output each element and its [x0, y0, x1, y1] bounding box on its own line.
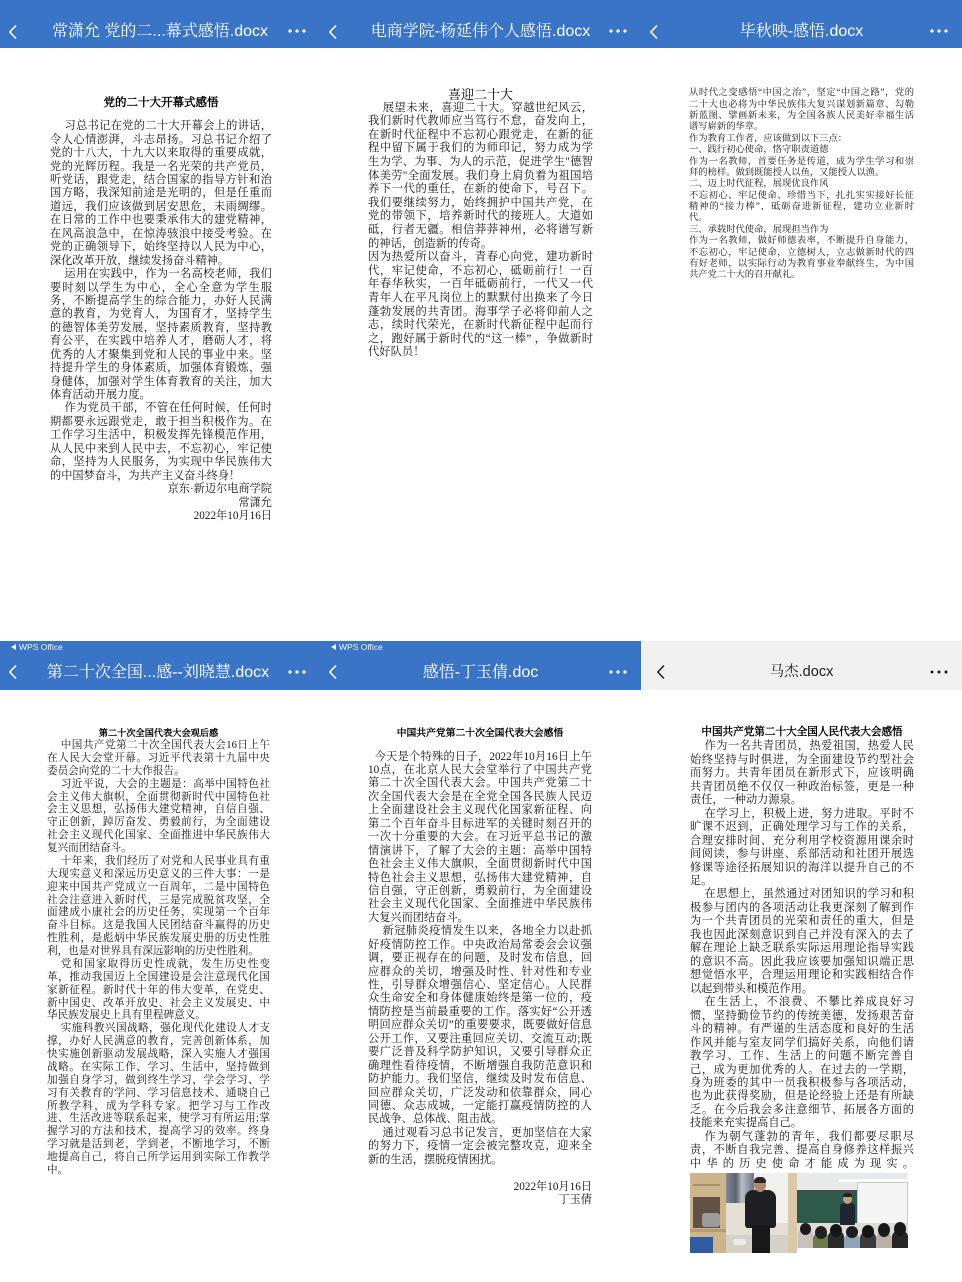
- photo-teacher-body: [840, 1203, 855, 1225]
- document-body: 展望未来，喜迎二十大。穿越世纪风云，我们新时代教师应当笃行不怠，奋发向上，在新时…: [368, 102, 593, 360]
- text-line: 在学习上，积极上进，努力进取。平时不: [690, 808, 914, 821]
- text-line: 会主义思想，弘扬伟大建党精神，自信自强、: [47, 804, 270, 817]
- paragraph: 二、迈上时代征程，展现优良作风: [689, 179, 914, 190]
- paragraph: 不忘初心、牢记使命、珍惜当下，扎扎实实接好长征精神的“接力棒”，砥砺奋进新征程，…: [689, 191, 914, 225]
- photo-dorm-room: [690, 1173, 797, 1253]
- document-page: 中国共产党第二十大全国人民代表大会感悟 作为一名共青团员，热爱祖国，热爱人民始终…: [690, 641, 914, 1282]
- text-line: 程中留下属于我们的为师印记，努力成为学: [368, 142, 593, 156]
- text-line: 斗的精神。有严谨的生活态度和良好的生活: [690, 1023, 914, 1036]
- photo-student-head: [846, 1226, 858, 1238]
- photo-shelf-items: [702, 1213, 720, 1227]
- text-line: 在风高浪急中，在惊涛骇浪中接受考验。在: [50, 228, 272, 241]
- text-line: 生为学、为事、为人的示范，促进学生"德智: [368, 156, 593, 170]
- text-line: 极参与团内的各项活动让我更深刻了解到作: [690, 902, 914, 915]
- text-line: 面建成小康社会的历史任务，实现第一个百年: [47, 907, 270, 920]
- text-line: 从时代之变感悟“中国之治”，坚定“中国之路”，党的: [689, 88, 914, 99]
- text-line: 在新时代征程中不忘初心跟党走，在新的征: [368, 129, 593, 143]
- document-page: 从时代之变感悟“中国之治”，坚定“中国之路”，党的二十大也必将为中华民族伟大复兴…: [689, 0, 914, 641]
- text-line: 地提高自己，将自己所学运用到实际工作教学: [47, 1152, 270, 1165]
- text-line: 因为热爱所以奋斗，青春心向党，建功新时: [368, 251, 593, 265]
- text-line: 利，也是对世界具有深远影响的历史性胜利。: [47, 946, 270, 959]
- text-line: 十年来，我们经历了对党和人民事业具有重: [47, 856, 270, 869]
- text-line: 在日常的工作中也要秉承伟大的建党精神，: [50, 214, 272, 227]
- document-heading: 中国共产党第二十次全国代表大会感悟: [348, 727, 612, 740]
- document-viewer-panel: WPS Office 感悟-丁玉倩.doc 中国共产党第二十次全国代表大会感悟 …: [320, 641, 641, 1282]
- document-viewer-panel: 马杰.docx 中国共产党第二十大全国人民代表大会感悟 作为一名共青团员，热爱祖…: [641, 641, 962, 1282]
- text-line: 责任，一种动力源泉。: [690, 794, 914, 807]
- text-line: 作为一名共青团员，热爱祖国，热爱人民: [690, 740, 914, 753]
- text-line: 青年人在平凡岗位上的默默付出换来了今日: [368, 292, 593, 306]
- text-line: 社会主义现代化国家、全面推进中华民族伟大: [47, 830, 270, 843]
- photo-projector-screen: [857, 1182, 908, 1224]
- text-line: 意的教育，为党育人，为国育才，坚持学生: [50, 308, 272, 321]
- text-line: 战略。在实际工作、学习、生活中，坚持做到: [47, 1062, 270, 1075]
- text-line: 众生命安全和身体健康始终是第一位的，疫: [368, 992, 592, 1005]
- paragraph: 在学习上，积极上进，努力进取。平时不旷课不迟到，正确处理学习与工作的关系，合理安…: [690, 808, 914, 889]
- text-line: 的努力下，疫情一定会被完整攻克，迎来全: [368, 1140, 592, 1153]
- more-horizontal-icon: [288, 29, 306, 33]
- paragraph: 一、践行初心使命，恪守职责道德: [689, 145, 914, 156]
- text-line: 命，坚持为人民服务，为实现中华民族伟大: [50, 456, 272, 469]
- text-line: 中国共产党第二十次全国代表大会16日上午: [47, 740, 270, 753]
- text-line: 作为一名教师，首要任务是传道，成为学生学习和崇: [689, 157, 914, 168]
- text-line: 期都要永远跟党走，敢于担当积极作为。在: [50, 416, 272, 429]
- photo-student-head: [878, 1223, 890, 1237]
- paragraph: 在思想上，虽然通过对团知识的学习和积极参与团内的各项活动让我更深刻了解到作为一个…: [690, 888, 914, 996]
- more-options-button[interactable]: [608, 666, 628, 678]
- signature-block: 2022年10月16日丁玉倩: [368, 1181, 592, 1208]
- text-line: 进、生活改进等联系起来，使学习有所运用;掌: [47, 1113, 270, 1126]
- text-line: 上全面建设社会主义现代化国家新征程、向: [368, 804, 592, 817]
- document-body: 今天是个特殊的日子，2022年10月16日上午10点，在北京人民大会堂举行了中国…: [368, 751, 592, 1208]
- text-line: 明回应群众关切”的重要要求，既要做好信息: [368, 1019, 592, 1032]
- document-body: 从时代之变感悟“中国之治”，坚定“中国之路”，党的二十大也必将为中华民族伟大复兴…: [689, 88, 914, 281]
- photo-person-body: [745, 1190, 776, 1228]
- document-viewer-panel: 电商学院-杨延伟个人感悟.docx 喜迎二十大 展望未来，喜迎二十大。穿越世纪风…: [320, 0, 641, 641]
- text-line: 始终坚持与时俱进，为全面建设节约型社会: [690, 754, 914, 767]
- text-line: 足。: [690, 875, 914, 888]
- text-line: 丁玉倩: [368, 1194, 592, 1207]
- text-line: 作为一名教师，做好师德表率，不断提升自身能力，: [689, 236, 914, 247]
- text-line: 信自强，守正创新，勇毅前行，为全面建设: [368, 885, 592, 898]
- photo-blue-bag: [690, 1237, 713, 1253]
- back-triangle-icon: [11, 644, 16, 650]
- text-line: 第二个百年奋斗目标进军的关键时刻召开的: [368, 818, 592, 831]
- paragraph: 在生活上，不浪费、不攀比养成良好习惯，坚持勤俭节约的传统美德，发扬艰苦奋斗的精神…: [690, 996, 914, 1131]
- text-line: 新的生活，摆脱疫情困扰。: [368, 1154, 592, 1167]
- text-line: 中。: [47, 1165, 270, 1178]
- photo-shelf: [693, 1184, 720, 1186]
- text-line: 新中国史、改革开放史、社会主义发展史、中: [47, 998, 270, 1011]
- text-line: 之，跑好属于新时代的“这一棒” ，争做新时: [368, 333, 593, 347]
- text-line: 民战争、总体战、阻击战。: [368, 1113, 592, 1126]
- more-horizontal-icon: [609, 29, 627, 33]
- text-line: 家新征程。新时代十年的伟大变革，在党史、: [47, 985, 270, 998]
- chevron-left-icon: [328, 665, 337, 679]
- paragraph: 实施科教兴国战略，强化现代化建设人才支撑，办好人民满意的教育，完善创新体系，加快…: [47, 1023, 270, 1178]
- text-line: 责，不断自我完善、提高自身修养这样振兴: [690, 1144, 914, 1157]
- chevron-left-icon: [8, 25, 17, 39]
- paragraph: 三、承载时代使命，展现担当作为: [689, 225, 914, 236]
- text-line: 持提升学生的身体素质，加强体育锻炼，强: [50, 362, 272, 375]
- document-viewer-panel: WPS Office 第二十次全国...感--刘晓慧.docx 第二十次全国代表…: [0, 641, 320, 1282]
- photo-person-legs: [752, 1225, 770, 1253]
- chevron-left-icon: [656, 665, 665, 679]
- text-line: 调，要正视存在的问题，及时发布信息，回: [368, 952, 592, 965]
- signature-block: 京东·新迈尔电商学院常潇允2022年10月16日: [50, 483, 272, 523]
- text-line: 而努力。共青年团员在新形式下，应该明确: [690, 767, 914, 780]
- text-line: 党的正确领导下，始终坚持以人民为中心，: [50, 241, 272, 254]
- paragraph: 从时代之变感悟“中国之治”，坚定“中国之路”，党的二十大也必将为中华民族伟大复兴…: [689, 88, 914, 134]
- text-line: 所教学科，成为学科专家。把学习与工作改: [47, 1101, 270, 1114]
- text-line: 2022年10月16日: [50, 510, 272, 523]
- text-line: 的意识不高。因此我应该要加强知识端正思: [690, 956, 914, 969]
- text-line: 身为班委的其中一员我积极参与各项活动，: [690, 1077, 914, 1090]
- text-line: 代，牢记使命，不忘初心，砥砺前行！一百: [368, 265, 593, 279]
- paragraph: 展望未来，喜迎二十大。穿越世纪风云，我们新时代教师应当笃行不怠，奋发向上，在新时…: [368, 102, 593, 252]
- text-line: 我也因此深刻意识到自己并没有深入的去了: [690, 929, 914, 942]
- photo-shelf: [690, 1229, 726, 1232]
- document-heading: 喜迎二十大: [348, 87, 613, 103]
- text-line: 大现实意义和深远历史意义的三件大事：一是: [47, 869, 270, 882]
- text-line: 想觉悟水平，合理运用理论和实践相结合作: [690, 969, 914, 982]
- text-line: 乏。在今后我会多注意细节、拓展各方面的: [690, 1104, 914, 1117]
- paragraph: 习总书记在党的二十大开幕会上的讲话，令人心情澎湃，斗志昂扬。习总书记介绍了党的十…: [50, 120, 272, 268]
- document-page: 喜迎二十大 展望未来，喜迎二十大。穿越世纪风云，我们新时代教师应当笃行不怠，奋发…: [368, 0, 593, 641]
- text-line: 新蓝图、擘画新未来，为全国各族人民美好幸福生活: [689, 111, 914, 122]
- text-line: 代。: [689, 213, 914, 224]
- text-line: 实施科教兴国战略，强化现代化建设人才支: [47, 1023, 270, 1036]
- text-line: 展望未来，喜迎二十大。穿越世纪风云，: [368, 102, 593, 116]
- paragraph: 作为一名教师，首要任务是传道，成为学生学习和崇拜的榜样。做到既能授人以鱼，又能授…: [689, 157, 914, 180]
- text-line: 二十大也必将为中华民族伟大复兴谋划新篇章、勾勒: [689, 100, 914, 111]
- text-line: 委员会向党的二十大作报告。: [47, 766, 270, 779]
- paragraph: 党和国家取得历史性成就，发生历史性变革，推动我国迈上全国建设是会注意现代化国家新…: [47, 959, 270, 1023]
- more-horizontal-icon: [930, 670, 948, 674]
- photo-shoes: [733, 1239, 746, 1245]
- text-line: 公开工作，又要注重回应关切、交流互动;既: [368, 1033, 592, 1046]
- text-line: 也为此获得奖励，但是论经验上还是有所缺: [690, 1090, 914, 1103]
- document-viewer-panel: 毕秋映-感悟.docx 从时代之变感悟“中国之治”，坚定“中国之路”，党的二十大…: [641, 0, 962, 641]
- text-line: 三、承载时代使命，展现担当作为: [689, 225, 914, 236]
- text-line: 性胜利，是彪炳中华民族发展史册的历史性胜: [47, 933, 270, 946]
- text-line: 旷课不迟到，正确处理学习与工作的关系，: [690, 821, 914, 834]
- more-options-button[interactable]: [287, 25, 307, 37]
- text-line: 修课等途径拓展知识的海洋以提升自己的不: [690, 862, 914, 875]
- photo-classroom: [797, 1173, 908, 1248]
- text-line: 道远，我们应该做到居安思危，未雨绸缪。: [50, 201, 272, 214]
- text-line: 确理性看待疫情，不断增强自我防范意识和: [368, 1060, 592, 1073]
- document-page: 党的二十大开幕式感悟 习总书记在党的二十大开幕会上的讲话，令人心情澎湃，斗志昂扬…: [50, 0, 272, 641]
- back-button[interactable]: [646, 22, 660, 41]
- text-line: 在生活上，不浪费、不攀比养成良好习: [690, 996, 914, 1009]
- document-body: 作为一名共青团员，热爱祖国，热爱人民始终坚持与时俱进，为全面建设节约型社会而努力…: [690, 740, 914, 1171]
- document-page: 中国共产党第二十次全国代表大会感悟 今天是个特殊的日子，2022年10月16日上…: [368, 641, 592, 1282]
- document-heading: 党的二十大开幕式感悟: [30, 96, 292, 110]
- text-line: 的中国梦奋斗，为共产主义奋斗终身！: [50, 470, 272, 483]
- text-line: 身健体，加强对学生体育教育的关注，加大: [50, 376, 272, 389]
- photo-student-head: [815, 1226, 827, 1239]
- more-options-button[interactable]: [608, 25, 628, 37]
- text-line: 的神话，创造新的传奇。: [368, 238, 593, 252]
- more-options-button[interactable]: [929, 25, 949, 37]
- text-line: 性，引导群众增强信心、坚定信心。人民群: [368, 979, 592, 992]
- text-line: 在人民大会堂开幕。习近平代表第十九届中央: [47, 753, 270, 766]
- text-line: 一次十分重要的大会。在习近平总书记的激: [368, 831, 592, 844]
- text-line: 常潇允: [50, 497, 272, 510]
- photo-student-head: [862, 1225, 874, 1238]
- paragraph: 今天是个特殊的日子，2022年10月16日上午10点，在北京人民大会堂举行了中国…: [368, 751, 592, 926]
- more-horizontal-icon: [609, 670, 627, 674]
- text-line: 从人民中来到人民中去，不忘初心，牢记使: [50, 443, 272, 456]
- photo-bed-post: [788, 1173, 797, 1253]
- text-line: 合理安排时间、充分利用学校资源用课余时: [690, 835, 914, 848]
- text-line: 第二十次全国代表大会。中国共产党第二十: [368, 777, 592, 790]
- text-line: 防护能力。我们坚信，继续及时发布信息、: [368, 1073, 592, 1086]
- paragraph: 作为教育工作者，应该做到以下三点：: [689, 134, 914, 145]
- text-line: 好疫情防控工作。中央政治局常委会会议强: [368, 939, 592, 952]
- text-line: 优秀的人才聚集到党和人民的事业中来。坚: [50, 349, 272, 362]
- text-line: 共产党二十大的召开献礼。: [689, 270, 914, 281]
- text-line: 守正创新，踔厉奋发、勇毅前行，为全面建设: [47, 817, 270, 830]
- text-line: 体美劳"全面发展。我们身上肩负着为祖国培: [368, 170, 593, 184]
- document-heading: 第二十次全国代表大会观后感: [27, 727, 290, 739]
- text-line: 社会主义现代化国家、全面推进中华民族伟: [368, 898, 592, 911]
- text-line: 有好老师，以实际行动为教育事业奉献终生，为中国: [689, 259, 914, 270]
- photo-student-head: [894, 1222, 906, 1236]
- text-line: 2022年10月16日: [368, 1181, 592, 1194]
- text-line: 国方略，我深知前途是光明的，但是任重而: [50, 187, 272, 200]
- back-button[interactable]: [653, 663, 667, 682]
- text-line: 技能来充实提高自己。: [690, 1117, 914, 1130]
- text-line: 复兴而团结奋斗。: [47, 843, 270, 856]
- document-page: 第二十次全国代表大会观后感 中国共产党第二十次全国代表大会16日上午在人民大会堂…: [47, 641, 270, 1282]
- text-line: 特色社会主义思想，弘扬伟大建党精神，自: [368, 872, 592, 885]
- text-line: 10点，在北京人民大会堂举行了中国共产党: [368, 764, 592, 777]
- text-line: 我们新时代教师应当笃行不怠，奋发向上，: [368, 115, 593, 129]
- text-line: 令人心情澎湃，斗志昂扬。习总书记介绍了: [50, 134, 272, 147]
- chevron-left-icon: [328, 25, 337, 39]
- text-line: 情演讲下，了解了大会的主题：高举中国特: [368, 845, 592, 858]
- text-line: 党的带领下，培养新时代的接班人。大道如: [368, 210, 593, 224]
- text-line: 快实施创新驱动发展战略，深入实施人才强国: [47, 1049, 270, 1062]
- photo-person-hair: [754, 1177, 766, 1183]
- photo-student-head: [830, 1224, 842, 1237]
- text-line: 深化改革开放，继续发扬奋斗精神。: [50, 255, 272, 268]
- text-line: 二、迈上时代征程，展现优良作风: [689, 179, 914, 190]
- paragraph: 十年来，我们经历了对党和人民事业具有重大现实意义和深远历史意义的三件大事：一是迎…: [47, 856, 270, 959]
- text-line: 色社会主义伟大旗帜，全面贯彻新时代中国: [368, 858, 592, 871]
- text-line: 解在理论上缺乏联系实际运用理论指导实践: [690, 942, 914, 955]
- text-line: 今天是个特殊的日子，2022年10月16日上午: [368, 751, 592, 764]
- text-line: 同德、众志成城，一定能打赢疫情防控的人: [368, 1100, 592, 1113]
- text-line: 育公平，在实践中培养人才，磨砺人才，将: [50, 335, 272, 348]
- text-line: 运用在实践中，作为一名高校老师，我们: [50, 268, 272, 281]
- text-line: 共青团员绝不仅仅一种政治标签，更是一种: [690, 781, 914, 794]
- document-viewer-panel: 常潇允 党的二...幕式感悟.docx 党的二十大开幕式感悟 习总书记在党的二十…: [0, 0, 320, 641]
- text-line: 为一个共青团员的光荣和责任的重大，但是: [690, 915, 914, 928]
- chevron-left-icon: [8, 665, 17, 679]
- text-line: 代好队员！: [368, 346, 593, 360]
- text-line: 志，续时代荣光，在新时代新征程中起而行: [368, 319, 593, 333]
- text-line: 习有关教育的学问、学习信息技术、通晓自己: [47, 1088, 270, 1101]
- text-line: 己，成为更加优秀的人。在过去的一学期，: [690, 1064, 914, 1077]
- text-line: 以起到带头和模范作用。: [690, 983, 914, 996]
- text-line: 在思想上，虽然通过对团知识的学习和积: [690, 888, 914, 901]
- text-line: 革，推动我国迈上全国建设是会注意现代化国: [47, 972, 270, 985]
- text-line: 作为教育工作者，应该做到以下三点：: [689, 134, 914, 145]
- text-line: 奋斗目标。这是我国人民团结奋斗赢得的历史: [47, 920, 270, 933]
- text-line: 社会注意进入新时代，三是完成脱贫攻坚，全: [47, 895, 270, 908]
- text-line: 作风并能与室友同学们搞好关系，向他们请: [690, 1037, 914, 1050]
- text-line: 年春华秋实，一百年砥砺前行，一代又一代: [368, 278, 593, 292]
- text-line: 习近平说，大会的主题是：高举中国特色社: [47, 779, 270, 792]
- text-line: 教学习、工作、生活上的问题不断完善自: [690, 1050, 914, 1063]
- document-body: 中国共产党第二十次全国代表大会16日上午在人民大会堂开幕。习近平代表第十九届中央…: [47, 740, 270, 1178]
- back-triangle-icon: [331, 644, 336, 650]
- more-options-button[interactable]: [287, 666, 307, 678]
- photo-student-head: [800, 1223, 811, 1235]
- paragraph: 作为党员干部，不管在任何时候，任何时期都要永远跟党走，敢于担当积极作为。在工作学…: [50, 402, 272, 483]
- text-line: 党的光辉历程。我是一名光荣的共产党员，: [50, 161, 272, 174]
- text-line: 听党话，跟党走，结合国家的指导方针和治: [50, 174, 272, 187]
- paragraph: 习近平说，大会的主题是：高举中国特色社会主义伟大旗帜，全面贯彻新时代中国特色社会…: [47, 779, 270, 856]
- text-line: 习总书记在党的二十大开幕会上的讲话，: [50, 120, 272, 133]
- back-button[interactable]: [325, 663, 339, 682]
- text-line: 回应群众关切，广泛发动和依靠群众，同心: [368, 1087, 592, 1100]
- text-line: 党和国家取得历史性成就，发生历史性变: [47, 959, 270, 972]
- text-line: 体育活动开展力度。: [50, 389, 272, 402]
- photo-teacher-hair: [843, 1193, 852, 1197]
- back-button[interactable]: [325, 22, 339, 41]
- text-line: 会主义伟大旗帜，全面贯彻新时代中国特色社: [47, 792, 270, 805]
- paragraph: 新冠肺炎疫情发生以来，各地全力以赴抓好疫情防控工作。中央政治局常委会会议强调，要…: [368, 925, 592, 1127]
- more-horizontal-icon: [930, 29, 948, 33]
- paragraph: 中国共产党第二十次全国代表大会16日上午在人民大会堂开幕。习近平代表第十九届中央…: [47, 740, 270, 779]
- text-line: 作为党员干部，不管在任何时候，任何时: [50, 402, 272, 415]
- document-heading: 中国共产党第二十大全国人民代表大会感悟: [670, 726, 934, 739]
- back-button[interactable]: [5, 22, 19, 41]
- text-line: 养下一代的重任，在新的使命下，号召下。: [368, 183, 593, 197]
- text-line: 情防控是当前最重要的工作。落实好“公开透: [368, 1006, 592, 1019]
- paragraph: 作为朝气蓬勃的青年，我们都要尽职尽责，不断自我完善、提高自身修养这样振兴中华的历…: [690, 1131, 914, 1171]
- text-line: 砥，行者无疆。相信莽莽神州，必将谱写新: [368, 224, 593, 238]
- text-line: 华民族发展史上具有里程碑意义。: [47, 1010, 270, 1023]
- text-line: 迎来中国共产党成立一百周年，二是中国特色: [47, 882, 270, 895]
- text-line: 新冠肺炎疫情发生以来，各地全力以赴抓: [368, 925, 592, 938]
- text-line: 学习就是活到老，学到老，不断地学习，不断: [47, 1139, 270, 1152]
- paragraph: 作为一名教师，做好师德表率，不断提升自身能力，不忘初心，牢记使命，立德树人，立志…: [689, 236, 914, 282]
- text-line: 不忘初心，牢记使命，立德树人，立志做新时代的四: [689, 248, 914, 259]
- text-line: 应群众的关切，增强及时性、针对性和专业: [368, 966, 592, 979]
- text-line: 通过观看习总书记发言，更加坚信在大家: [368, 1127, 592, 1140]
- text-line: 拜的榜样。做到既能授人以鱼，又能授人以渔。: [689, 168, 914, 179]
- text-line: 党的十八大，十九大以来取得的重要成就，: [50, 147, 272, 160]
- text-line: 间阅读，参与讲座、系部活动和社团开展选: [690, 848, 914, 861]
- back-button[interactable]: [5, 663, 19, 682]
- text-line: 谱写崭新的华章。: [689, 122, 914, 133]
- text-line: 务，不断提高学生的综合能力，办好人民满: [50, 295, 272, 308]
- more-options-button[interactable]: [929, 666, 949, 678]
- text-line: 中华的历史使命才能成为现实。: [690, 1158, 914, 1171]
- text-line: 工作学习生活中，积极发挥先锋模范作用，: [50, 429, 272, 442]
- text-line: 要广泛普及科学防护知识，又要引导群众正: [368, 1046, 592, 1059]
- text-line: 撑，办好人民满意的教育，完善创新体系，加: [47, 1036, 270, 1049]
- text-line: 加强自身学习，做到终生学习，学会学习、学: [47, 1075, 270, 1088]
- paragraph: 运用在实践中，作为一名高校老师，我们要时刻以学生为中心，全心全意为学生服务，不断…: [50, 268, 272, 402]
- text-line: 的德智体美劳发展，坚持素质教育，坚持教: [50, 322, 272, 335]
- text-line: 蓬勃发展的共青团。海事学子必将仰前人之: [368, 306, 593, 320]
- paragraph: 通过观看习总书记发言，更加坚信在大家的努力下，疫情一定会被完整攻克，迎来全新的生…: [368, 1127, 592, 1167]
- text-line: 精神的“接力棒”，砥砺奋进新征程，建功立业新时: [689, 202, 914, 213]
- text-line: 京东·新迈尔电商学院: [50, 483, 272, 496]
- text-line: 我们要继续努力，始终拥护中国共产党，在: [368, 197, 593, 211]
- paragraph: 因为热爱所以奋斗，青春心向党，建功新时代，牢记使命，不忘初心，砥砺前行！一百年春…: [368, 251, 593, 360]
- paragraph: 作为一名共青团员，热爱祖国，热爱人民始终坚持与时俱进，为全面建设节约型社会而努力…: [690, 740, 914, 807]
- text-line: 一、践行初心使命，恪守职责道德: [689, 145, 914, 156]
- text-line: 握学习的方法和技术，提高学习的效率。终身: [47, 1126, 270, 1139]
- text-line: 要时刻以学生为中心，全心全意为学生服: [50, 282, 272, 295]
- text-line: 惯，坚持勤俭节约的传统美德，发扬艰苦奋: [690, 1010, 914, 1023]
- text-line: 大复兴而团结奋斗。: [368, 912, 592, 925]
- text-line: 不忘初心、牢记使命、珍惜当下，扎扎实实接好长征: [689, 191, 914, 202]
- more-horizontal-icon: [288, 670, 306, 674]
- text-line: 次全国代表大会是在全党全国各民族人民迈: [368, 791, 592, 804]
- text-line: 作为朝气蓬勃的青年，我们都要尽职尽: [690, 1131, 914, 1144]
- document-body: 习总书记在党的二十大开幕会上的讲话，令人心情澎湃，斗志昂扬。习总书记介绍了党的十…: [50, 120, 272, 523]
- chevron-left-icon: [649, 25, 658, 39]
